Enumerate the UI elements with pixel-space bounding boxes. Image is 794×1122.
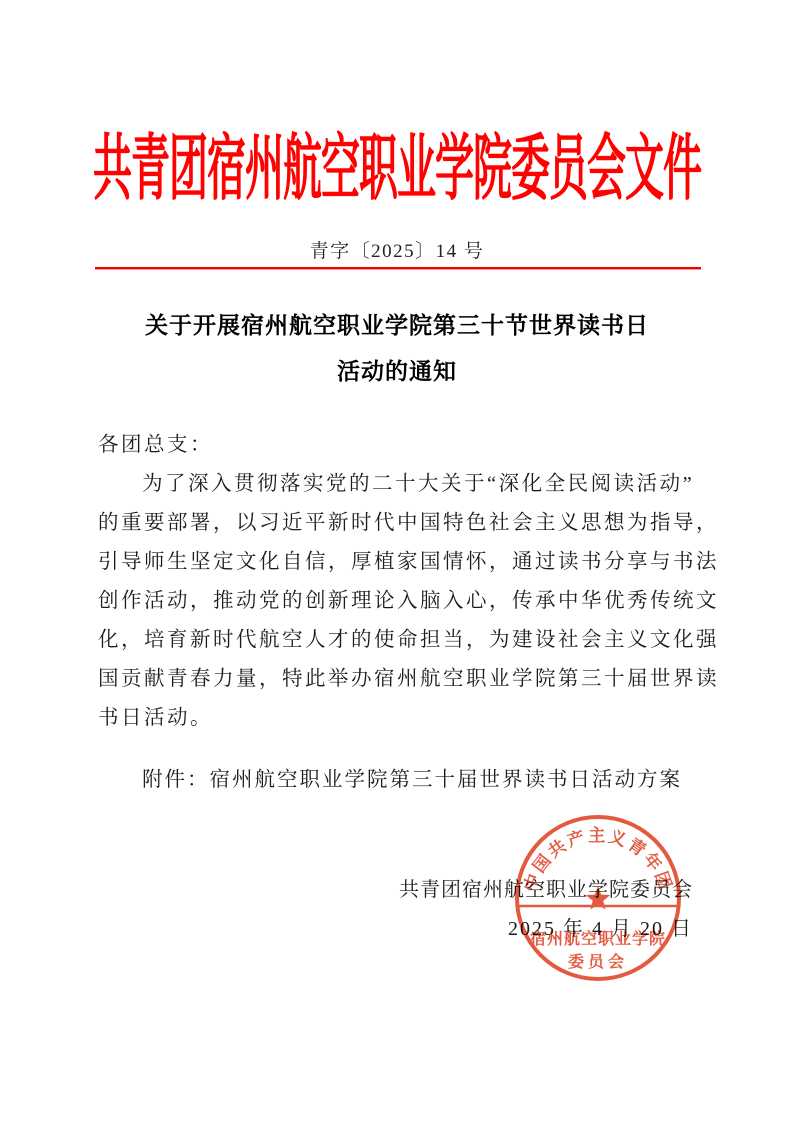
red-separator-line [95, 267, 701, 270]
doc-title-line1: 关于开展宿州航空职业学院第三十节世界读书日 [0, 303, 794, 349]
doc-title: 关于开展宿州航空职业学院第三十节世界读书日 活动的通知 [0, 303, 794, 395]
masthead-title: 共青团宿州航空职业学院委员会文件 [0, 128, 794, 211]
body-line: 引导师生坚定文化自信，厚植家国情怀，通过读书分享与书法 [98, 543, 700, 582]
body-paragraph: 各团总支： 为了深入贯彻落实党的二十大关于“深化全民阅读活动” 的重要部署，以习… [98, 426, 700, 738]
body-line: 创作活动，推动党的创新理论入脑入心，传承中华优秀传统文 [98, 582, 700, 621]
attachment-line: 附件：宿州航空职业学院第三十届世界读书日活动方案 [98, 761, 700, 800]
body-line: 化，培育新时代航空人才的使命担当，为建设社会主义文化强 [98, 621, 700, 660]
doc-title-line2: 活动的通知 [0, 349, 794, 395]
official-seal: 中国共产主义青年团 宿州航空职业学院 委员会 [508, 808, 688, 988]
body-line: 书日活动。 [98, 699, 700, 738]
seal-org-name: 宿州航空职业学院 [530, 929, 666, 948]
seal-committee-label: 委员会 [568, 952, 628, 971]
doc-number: 青字〔2025〕14 号 [0, 236, 794, 263]
document-page: 共青团宿州航空职业学院委员会文件 青字〔2025〕14 号 关于开展宿州航空职业… [0, 0, 794, 1122]
body-line: 为了深入贯彻落实党的二十大关于“深化全民阅读活动” [98, 465, 700, 504]
body-line: 的重要部署，以习近平新时代中国特色社会主义思想为指导， [98, 504, 700, 543]
body-line-salutation: 各团总支： [98, 426, 700, 465]
body-line: 国贡献青春力量，特此举办宿州航空职业学院第三十届世界读 [98, 660, 700, 699]
